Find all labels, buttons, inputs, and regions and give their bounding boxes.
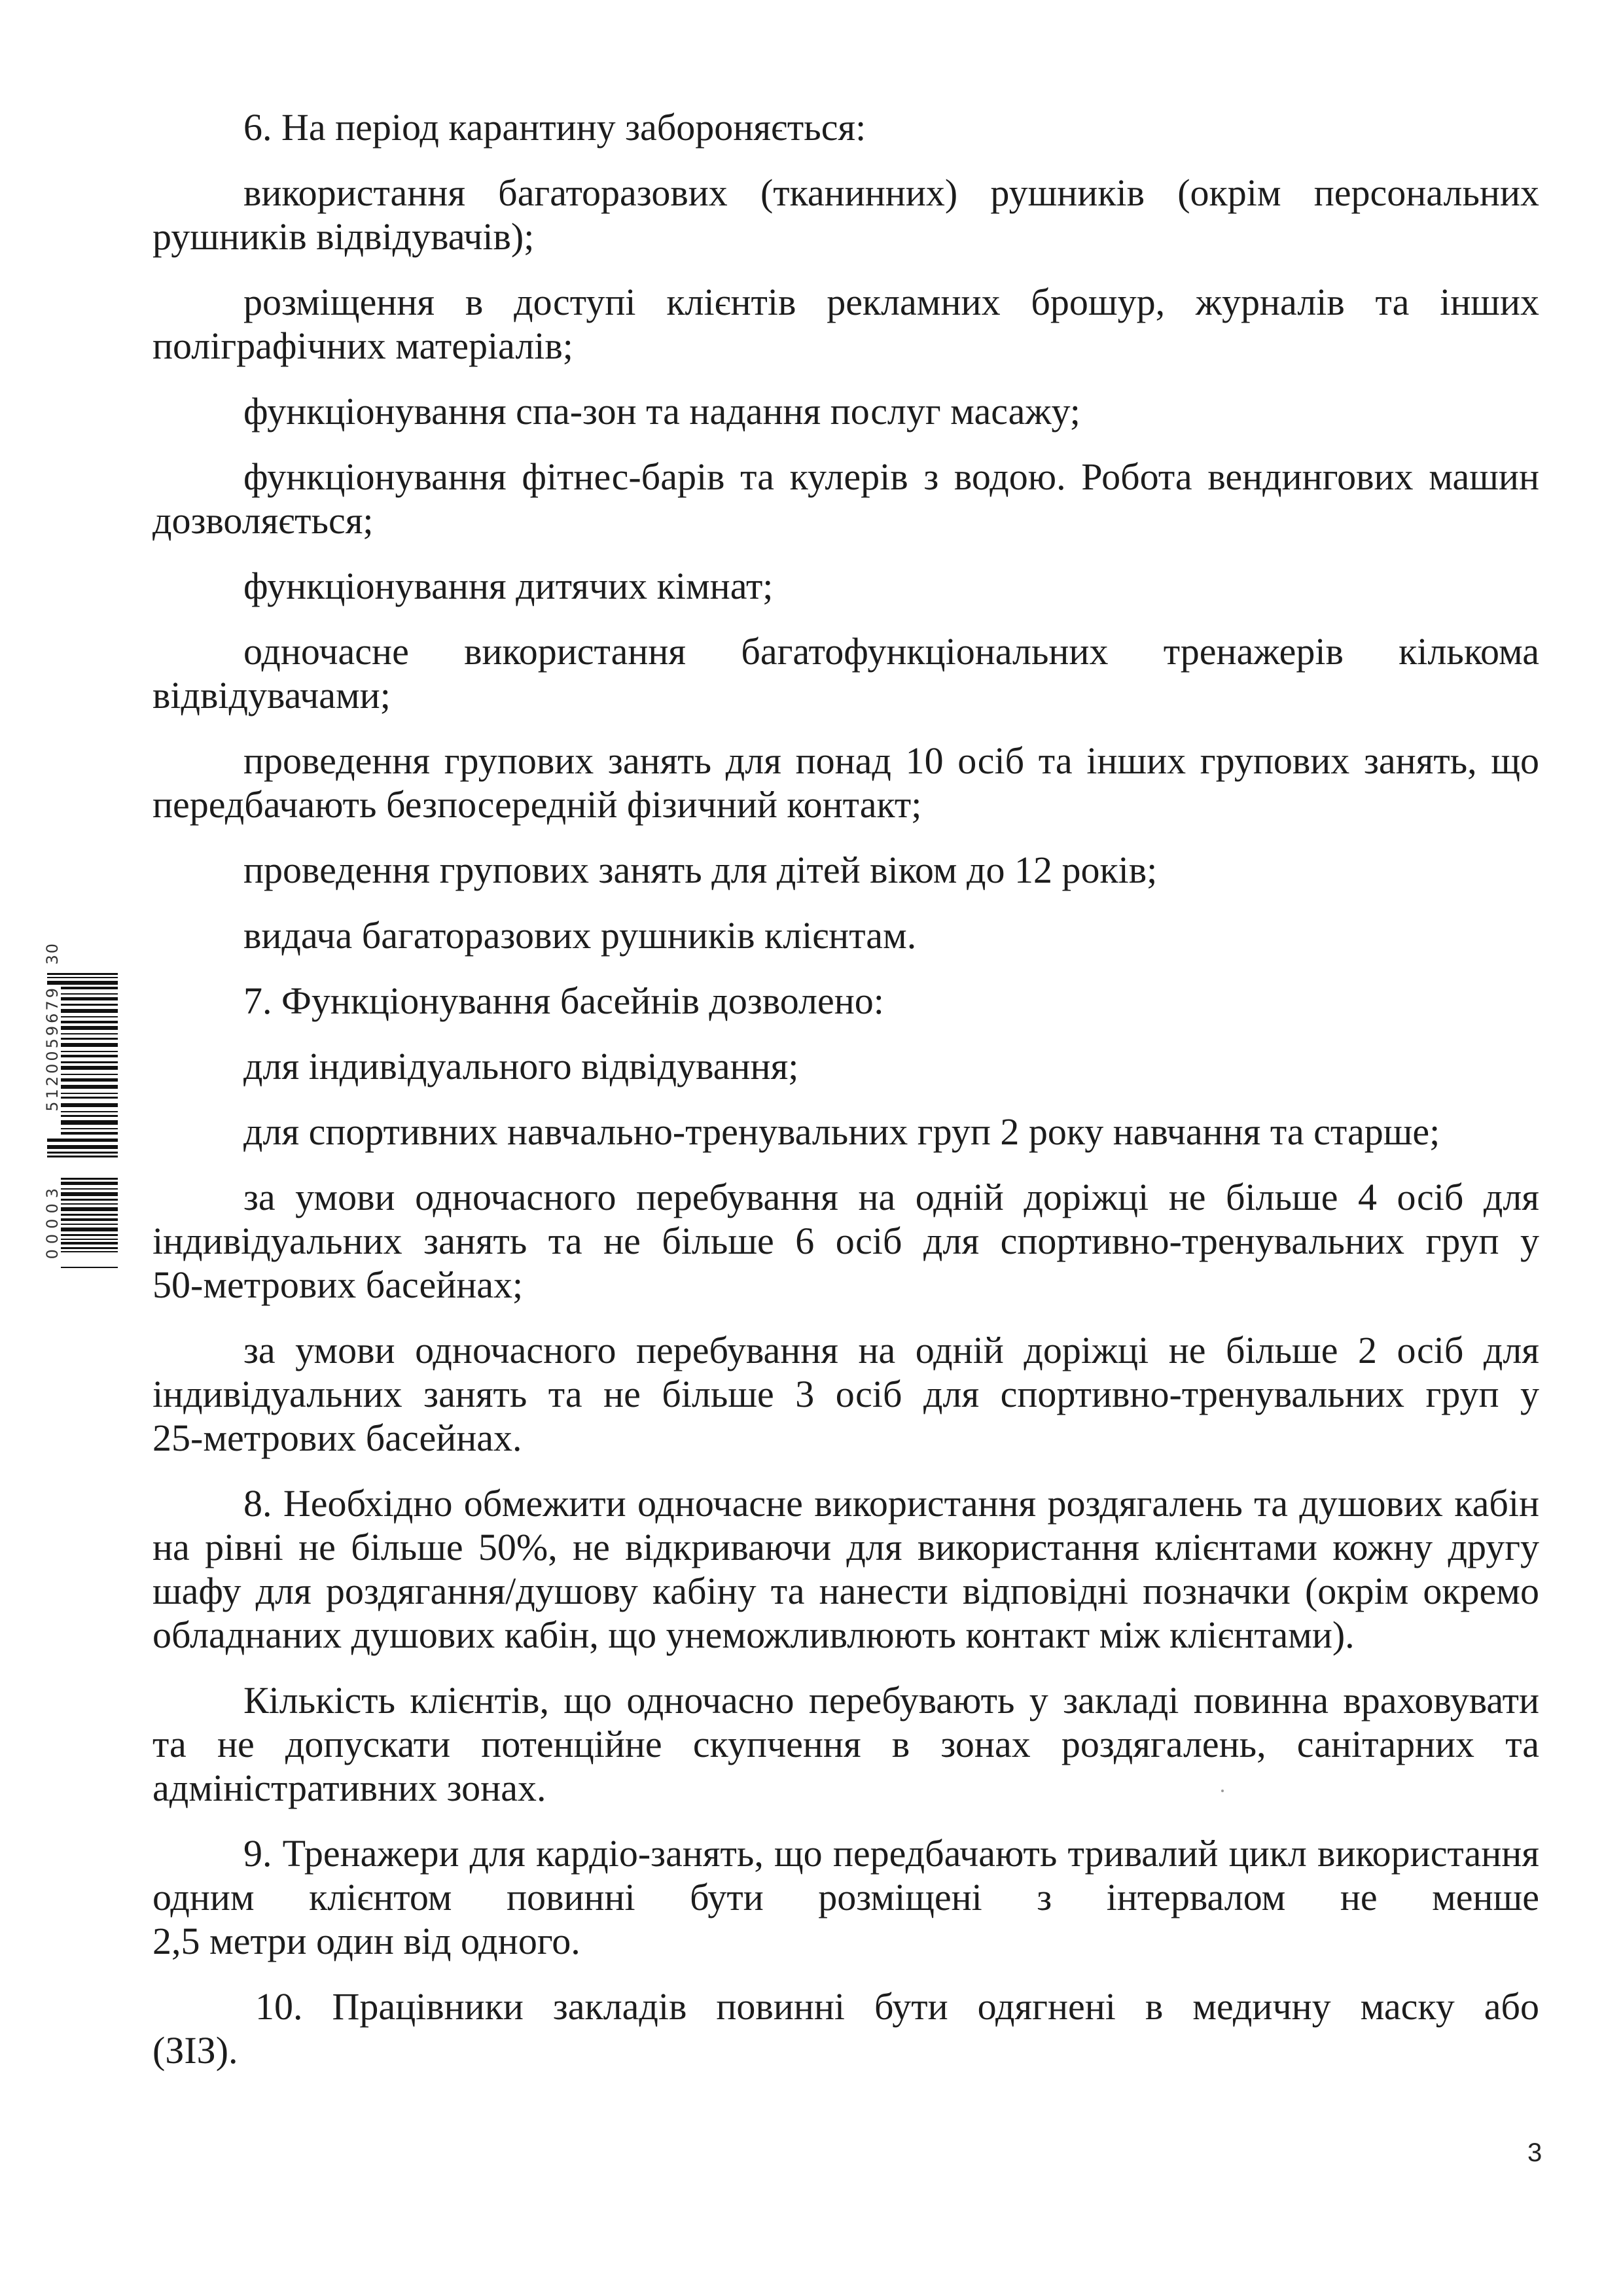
text-line: за умови одночасного перебування на одні… (152, 1328, 1539, 1372)
text-line: шафу для роздягання/душову кабіну та нан… (152, 1569, 1539, 1613)
paragraph: 7. Функціонування басейнів дозволено: (152, 979, 1539, 1023)
document-body: 6. На період карантину забороняється:вик… (152, 105, 1539, 2094)
text-line: адміністративних зонах. (152, 1766, 1539, 1810)
page-number: 3 (1527, 2140, 1542, 2166)
text-line: проведення групових занять для понад 10 … (152, 739, 1539, 783)
text-line: 10. Працівники закладів повинні бути одя… (152, 1985, 1539, 2028)
text-line: 6. На період карантину забороняється: (152, 105, 1539, 149)
text-line: (ЗІЗ). (152, 2028, 1539, 2072)
text-line: відвідувачами; (152, 673, 1539, 717)
text-line: для спортивних навчально-тренувальних гр… (152, 1110, 1539, 1154)
barcode: 30 5120059679 00003 (39, 940, 124, 1273)
text-line: використання багаторазових (тканинних) р… (152, 171, 1539, 215)
text-line: 2,5 метри один від одного. (152, 1919, 1539, 1963)
text-line: видача багаторазових рушників клієнтам. (152, 913, 1539, 957)
text-line: індивідуальних занять та не більше 6 осі… (152, 1219, 1539, 1263)
paragraph: 6. На період карантину забороняється: (152, 105, 1539, 149)
text-line: індивідуальних занять та не більше 3 осі… (152, 1372, 1539, 1416)
text-line: розміщення в доступі клієнтів рекламних … (152, 280, 1539, 324)
barcode-suffix-digits: 00003 (43, 1183, 62, 1259)
paragraph: одночасне використання багатофункціональ… (152, 629, 1539, 717)
text-line: на рівні не більше 50%, не відкриваючи д… (152, 1525, 1539, 1569)
text-line: дозволяється; (152, 499, 1539, 542)
scan-artifact (1221, 1790, 1224, 1792)
barcode-prefix: 30 (43, 942, 62, 965)
paragraph: за умови одночасного перебування на одні… (152, 1175, 1539, 1307)
paragraph: 10. Працівники закладів повинні бути одя… (152, 1985, 1539, 2072)
text-line: Кількість клієнтів, що одночасно перебув… (152, 1678, 1539, 1722)
text-line: передбачають безпосередній фізичний конт… (152, 783, 1539, 826)
text-line: 25-метрових басейнах. (152, 1416, 1539, 1460)
paragraph: функціонування фітнес-барів та кулерів з… (152, 455, 1539, 542)
paragraph: для індивідуального відвідування; (152, 1044, 1539, 1088)
text-line: рушників відвідувачів); (152, 215, 1539, 258)
text-line: 7. Функціонування басейнів дозволено: (152, 979, 1539, 1023)
barcode-main-digits: 5120059679 (43, 985, 62, 1112)
paragraph: видача багаторазових рушників клієнтам. (152, 913, 1539, 957)
text-line: функціонування фітнес-барів та кулерів з… (152, 455, 1539, 499)
text-line: проведення групових занять для дітей вік… (152, 848, 1539, 892)
paragraph: розміщення в доступі клієнтів рекламних … (152, 280, 1539, 368)
paragraph: проведення групових занять для дітей вік… (152, 848, 1539, 892)
paragraph: Кількість клієнтів, що одночасно перебув… (152, 1678, 1539, 1810)
text-line: 8. Необхідно обмежити одночасне використ… (152, 1481, 1539, 1525)
paragraph: функціонування спа-зон та надання послуг… (152, 389, 1539, 433)
paragraph: для спортивних навчально-тренувальних гр… (152, 1110, 1539, 1154)
text-line: та не допускати потенційне скупчення в з… (152, 1722, 1539, 1766)
paragraph: за умови одночасного перебування на одні… (152, 1328, 1539, 1460)
paragraph: використання багаторазових (тканинних) р… (152, 171, 1539, 258)
paragraph: проведення групових занять для понад 10 … (152, 739, 1539, 826)
text-line: 50-метрових басейнах; (152, 1263, 1539, 1307)
text-line: 9. Тренажери для кардіо-занять, що перед… (152, 1831, 1539, 1875)
text-line: поліграфічних матеріалів; (152, 324, 1539, 368)
text-line: для індивідуального відвідування; (152, 1044, 1539, 1088)
paragraph: функціонування дитячих кімнат; (152, 564, 1539, 608)
text-line: функціонування спа-зон та надання послуг… (152, 389, 1539, 433)
text-line: обладнаних душових кабін, що унеможливлю… (152, 1613, 1539, 1657)
text-line: одним клієнтом повинні бути розміщені з … (152, 1875, 1539, 1919)
text-line: за умови одночасного перебування на одні… (152, 1175, 1539, 1219)
paragraph: 9. Тренажери для кардіо-занять, що перед… (152, 1831, 1539, 1963)
paragraph: 8. Необхідно обмежити одночасне використ… (152, 1481, 1539, 1657)
text-line: одночасне використання багатофункціональ… (152, 629, 1539, 673)
text-line: функціонування дитячих кімнат; (152, 564, 1539, 608)
